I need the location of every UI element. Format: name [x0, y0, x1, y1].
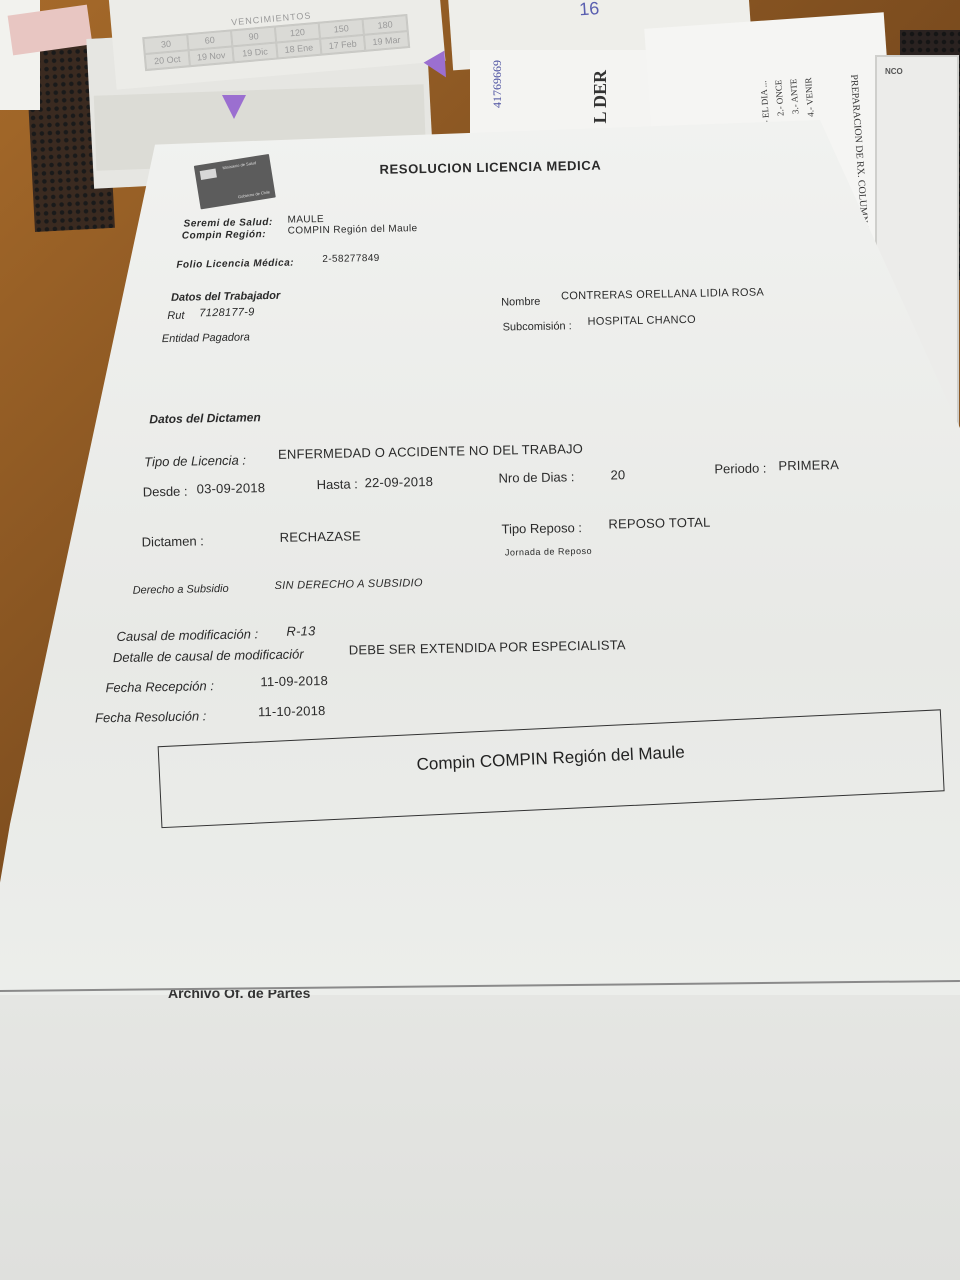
chile-flag-icon	[200, 169, 217, 180]
dictamen-label: Dictamen :	[142, 533, 204, 549]
hasta-value: 22-09-2018	[364, 474, 433, 490]
rut-value: 7128177-9	[199, 306, 255, 319]
seremi-value: MAULE	[287, 214, 324, 226]
ministry-logo: Ministerio de Salud Gobierno de Chile	[194, 154, 276, 209]
rut-label: Rut	[167, 310, 184, 322]
logo-government-text: Gobierno de Chile	[238, 189, 271, 199]
periodo-value: PRIMERA	[778, 457, 839, 473]
seremi-label: Seremi de Salud:	[184, 217, 273, 230]
detalle-causal-label: Detalle de causal de modificaciór	[113, 646, 304, 665]
tipo-reposo-label: Tipo Reposo :	[501, 520, 582, 537]
derecho-subsidio-label: Derecho a Subsidio	[133, 583, 229, 597]
compin-label: Compin Región:	[182, 229, 266, 242]
derecho-subsidio-value: SIN DERECHO A SUBSIDIO	[274, 577, 422, 592]
dictamen-section-title: Datos del Dictamen	[149, 410, 261, 426]
fecha-recepcion-value: 11-09-2018	[260, 673, 328, 689]
dictamen-value: RECHAZASE	[279, 528, 361, 545]
tipo-licencia-label: Tipo de Licencia :	[144, 452, 246, 469]
subcomision-value: HOSPITAL CHANCO	[587, 314, 696, 328]
folio-value: 2-58277849	[322, 253, 380, 265]
desde-value: 03-09-2018	[197, 480, 266, 496]
fecha-resolucion-value: 11-10-2018	[258, 703, 326, 719]
nro-dias-value: 20	[610, 467, 625, 482]
fecha-recepcion-label: Fecha Recepción :	[105, 678, 214, 695]
document-lower-fold	[0, 995, 960, 1280]
compin-value: COMPIN Región del Maule	[288, 223, 418, 236]
nro-dias-label: Nro de Dias :	[498, 469, 574, 485]
nombre-value: CONTRERAS ORELLANA LIDIA ROSA	[561, 287, 764, 303]
folio-label: Folio Licencia Médica:	[176, 258, 294, 271]
periodo-label: Periodo :	[714, 461, 766, 477]
document-content: Ministerio de Salud Gobierno de Chile RE…	[0, 0, 960, 1009]
detalle-causal-value: DEBE SER EXTENDIDA POR ESPECIALISTA	[349, 637, 626, 657]
fecha-resolucion-label: Fecha Resolución :	[95, 708, 207, 725]
hasta-label: Hasta :	[316, 476, 357, 492]
worker-section-title: Datos del Trabajador	[171, 290, 280, 304]
signature-box: Compin COMPIN Región del Maule	[158, 709, 945, 828]
desde-label: Desde :	[143, 484, 188, 500]
jornada-reposo-label: Jornada de Reposo	[505, 546, 592, 558]
signature-box-text: Compin COMPIN Región del Maule	[416, 742, 685, 775]
tipo-reposo-value: REPOSO TOTAL	[608, 515, 710, 532]
tipo-licencia-value: ENFERMEDAD O ACCIDENTE NO DEL TRABAJO	[278, 441, 583, 462]
causal-label: Causal de modificación :	[116, 626, 258, 644]
nombre-label: Nombre	[501, 296, 540, 309]
subcomision-label: Subcomisión :	[503, 320, 572, 333]
causal-value: R-13	[286, 623, 315, 639]
entidad-pagadora-label: Entidad Pagadora	[162, 331, 250, 345]
logo-ministry-text: Ministerio de Salud	[222, 160, 256, 170]
document-title: RESOLUCION LICENCIA MEDICA	[379, 158, 601, 177]
